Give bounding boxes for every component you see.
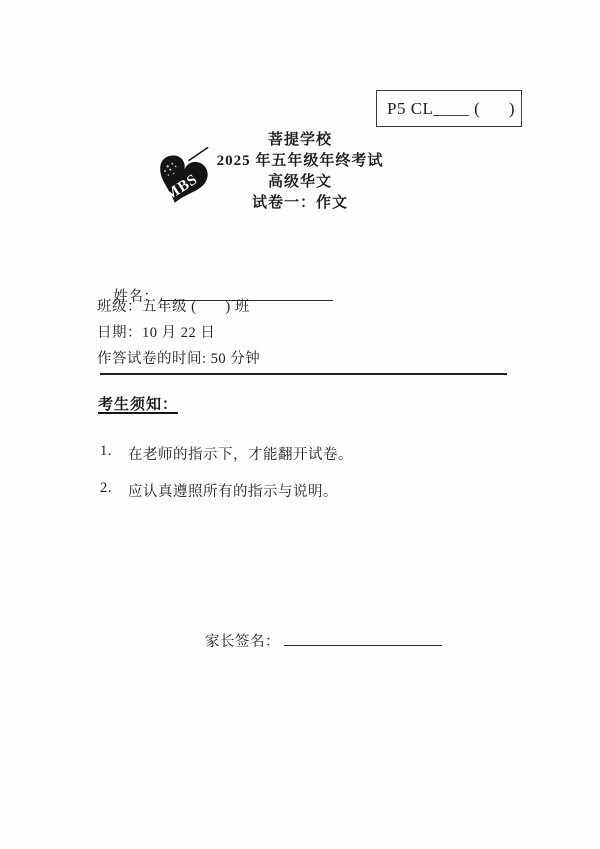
notice-item-text: 在老师的指示下，才能翻开试卷。 [128, 443, 353, 464]
subject-name: 高级华文 [0, 172, 600, 193]
paper-title: 试卷一：作文 [0, 193, 600, 214]
school-name: 菩提学校 [0, 130, 600, 151]
duration-row: 作答试卷的时间: 50 分钟 [97, 347, 260, 368]
date-row: 日期：10 月 22 日 [97, 321, 215, 342]
exam-cover-page: P5 CL____ ( ) MBS 菩提 [0, 0, 600, 849]
notice-title: 考生须知： [98, 393, 178, 414]
notice-item-number: 2. [100, 480, 128, 501]
parent-signature-label: 家长签名： [205, 634, 280, 650]
notice-item: 1. 在老师的指示下，才能翻开试卷。 [100, 443, 353, 464]
class-code-text: P5 CL____ ( ) [387, 99, 515, 119]
exam-header: 菩提学校 2025 年五年级年终考试 高级华文 试卷一：作文 [0, 130, 600, 214]
notice-item-number: 1. [100, 443, 128, 464]
class-code-box: P5 CL____ ( ) [376, 90, 522, 127]
class-row: 班级：五年级 ( ) 班 [97, 295, 250, 316]
notice-item-text: 应认真遵照所有的指示与说明。 [128, 480, 338, 501]
section-divider [100, 373, 507, 375]
exam-title: 2025 年五年级年终考试 [0, 151, 600, 172]
signature-blank-line [284, 633, 442, 646]
notice-item: 2. 应认真遵照所有的指示与说明。 [100, 480, 338, 501]
parent-signature-row: 家长签名： [205, 630, 442, 651]
